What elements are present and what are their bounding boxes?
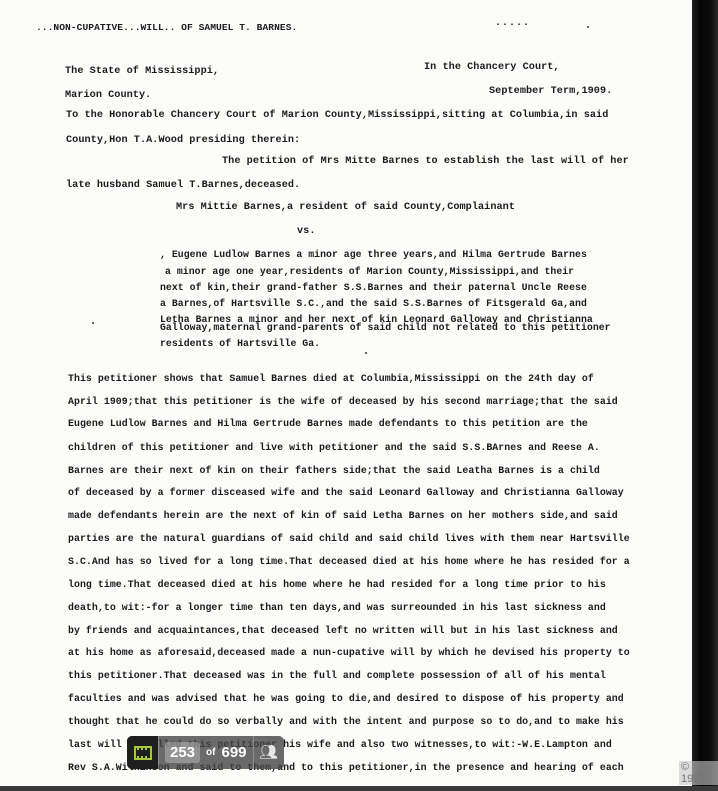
defendants-line: , Eugene Ludlow Barnes a minor age three…: [160, 249, 587, 260]
scan-speck: [587, 26, 589, 28]
complainant-line: Mrs Mittie Barnes,a resident of said Cou…: [176, 202, 515, 213]
scanned-document-page: ...NON-CUPATIVE...WILL.. OF SAMUEL T. BA…: [0, 0, 692, 786]
body-line: made defendants herein are the next of k…: [68, 510, 618, 521]
caption-term: September Term,1909.: [489, 86, 612, 97]
scan-speck: [92, 322, 94, 324]
body-line: faculties and was advised that he was go…: [68, 693, 624, 704]
petition-title-line: late husband Samuel T.Barnes,deceased.: [66, 180, 300, 191]
body-line: This petitioner shows that Samuel Barnes…: [68, 373, 594, 384]
defendants-line: a minor age one year,residents of Marion…: [165, 266, 574, 277]
page-navigation-toolbar: 253 of 699 👥︎: [127, 736, 284, 769]
body-line: S.C.And has so lived for a long time.Tha…: [68, 556, 630, 567]
body-line: Eugene Ludlow Barnes and Hilma Gertrude …: [68, 418, 588, 429]
address-line: County,Hon T.A.Wood presiding therein:: [66, 135, 300, 146]
petition-title-line: The petition of Mrs Mitte Barnes to esta…: [222, 156, 629, 167]
body-line: April 1909;that this petitioner is the w…: [68, 396, 618, 407]
people-icon: 👥︎: [259, 743, 278, 762]
scan-speck: [365, 352, 367, 354]
body-line: Barnes are their next of kin on their fa…: [68, 465, 600, 476]
body-line: by friends and acquaintances,that deceas…: [68, 625, 618, 636]
versus-label: vs.: [297, 226, 316, 237]
viewer-bottom-bar: [0, 786, 718, 791]
attach-to-person-button[interactable]: 👥︎: [253, 736, 284, 769]
address-line: To the Honorable Chancery Court of Mario…: [66, 110, 608, 121]
caption-state: The State of Mississippi,: [65, 66, 219, 77]
filmstrip-button[interactable]: [127, 736, 158, 769]
caption-county: Marion County.: [65, 90, 151, 101]
body-line: thought that he could do so verbally and…: [68, 716, 624, 727]
body-line: of deceased by a former disceased wife a…: [68, 487, 624, 498]
total-pages: 699: [221, 744, 246, 761]
page-of-label: of: [206, 747, 215, 758]
body-line: at his home as aforesaid,deceased made a…: [68, 647, 630, 658]
copyright-watermark: © 1997: [679, 761, 718, 785]
body-line: death,to wit:-for a longer time than ten…: [68, 602, 606, 613]
caption-court: In the Chancery Court,: [424, 62, 560, 73]
defendants-line: next of kin,their grand-father S.S.Barne…: [160, 282, 587, 293]
body-line: long time.That deceased died at his home…: [68, 579, 606, 590]
defendants-line: residents of Hartsville Ga.: [160, 338, 320, 349]
decorative-dots: .....: [495, 18, 530, 29]
scan-edge-shadow: [692, 0, 718, 786]
filmstrip-icon: [134, 746, 152, 760]
current-page-input[interactable]: 253: [165, 742, 200, 763]
body-line: this petitioner.That deceased was in the…: [68, 670, 606, 681]
page-counter: 253 of 699: [158, 736, 253, 769]
body-line: children of this petitioner and live wit…: [68, 442, 600, 453]
document-heading: ...NON-CUPATIVE...WILL.. OF SAMUEL T. BA…: [36, 22, 297, 33]
body-line: parties are the natural guardians of sai…: [68, 533, 630, 544]
defendants-line: Galloway,maternal grand-parents of said …: [160, 322, 611, 333]
defendants-line: a Barnes,of Hartsville S.C.,and the said…: [160, 298, 587, 309]
